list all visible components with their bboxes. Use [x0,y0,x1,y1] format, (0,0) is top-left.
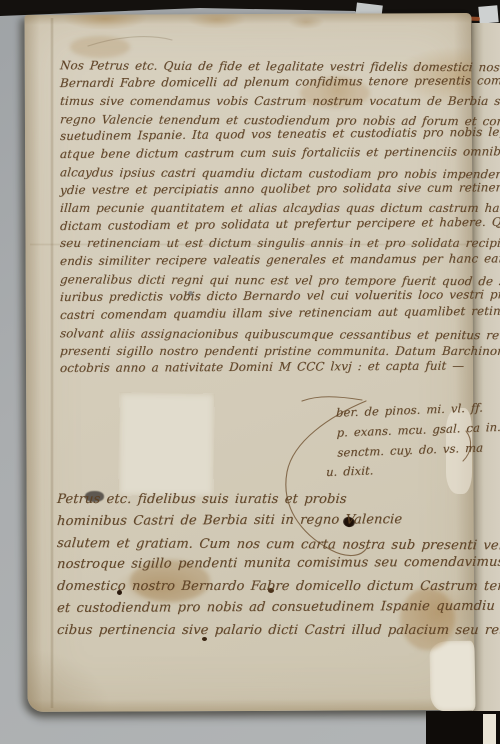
manuscript-line: atque bene dictum castrum cum suis forta… [59,144,458,164]
manuscript-line: cibus pertinencia sive palario dicti Cas… [56,620,466,642]
manuscript-line: ydie vestre et percipiatis anno quolibet… [59,179,458,199]
marginal-note: ber. de pinos. mi. vl. ff.p. exans. mcu.… [336,398,489,482]
edge-repair-patch-bottom [429,641,475,712]
parchment-repair-patch [119,393,215,497]
manuscript-line: domestico nostro Bernardo Fabre domicell… [56,576,466,598]
manuscript-line: hominibus Castri de Berbia siti in regno… [56,509,466,533]
vertical-fold-crease [50,18,54,708]
grey-paper-tab-right [478,5,498,24]
manuscript-line: endis similiter recipere valeatis genera… [59,251,458,271]
second-entry-text-block: Petrus etc. fidelibus suis iuratis et pr… [57,489,465,642]
manuscript-line: timus sive comendamus vobis Castrum nost… [59,93,458,111]
foxing-stain [70,36,130,58]
main-text-block: Nos Petrus etc. Quia de fide et legalita… [60,57,458,378]
manuscript-line: castri comendam quamdiu illam sive retin… [60,303,459,325]
photo-canvas: { "photo": { "colors": { "backdrop": "#1… [0,0,500,744]
manuscript-line: solvant aliis assignacionibus quibuscumq… [59,325,458,345]
manuscript-line: Petrus etc. fidelibus suis iuratis et pr… [56,489,466,511]
manuscript-line: octobris anno a nativitate Domini M CCC … [59,358,458,378]
manuscript-line: Bernardi Fabre domicelli ad plenum confi… [59,72,458,92]
white-reference-strip [483,714,496,744]
manuscript-line: nostroque sigillo pendenti munita comisi… [56,552,466,576]
manuscript-line: dictam custodiam et pro solidata ut pref… [60,214,459,236]
manuscript-line: et custodiendum pro nobis ad consuetudin… [56,596,466,620]
